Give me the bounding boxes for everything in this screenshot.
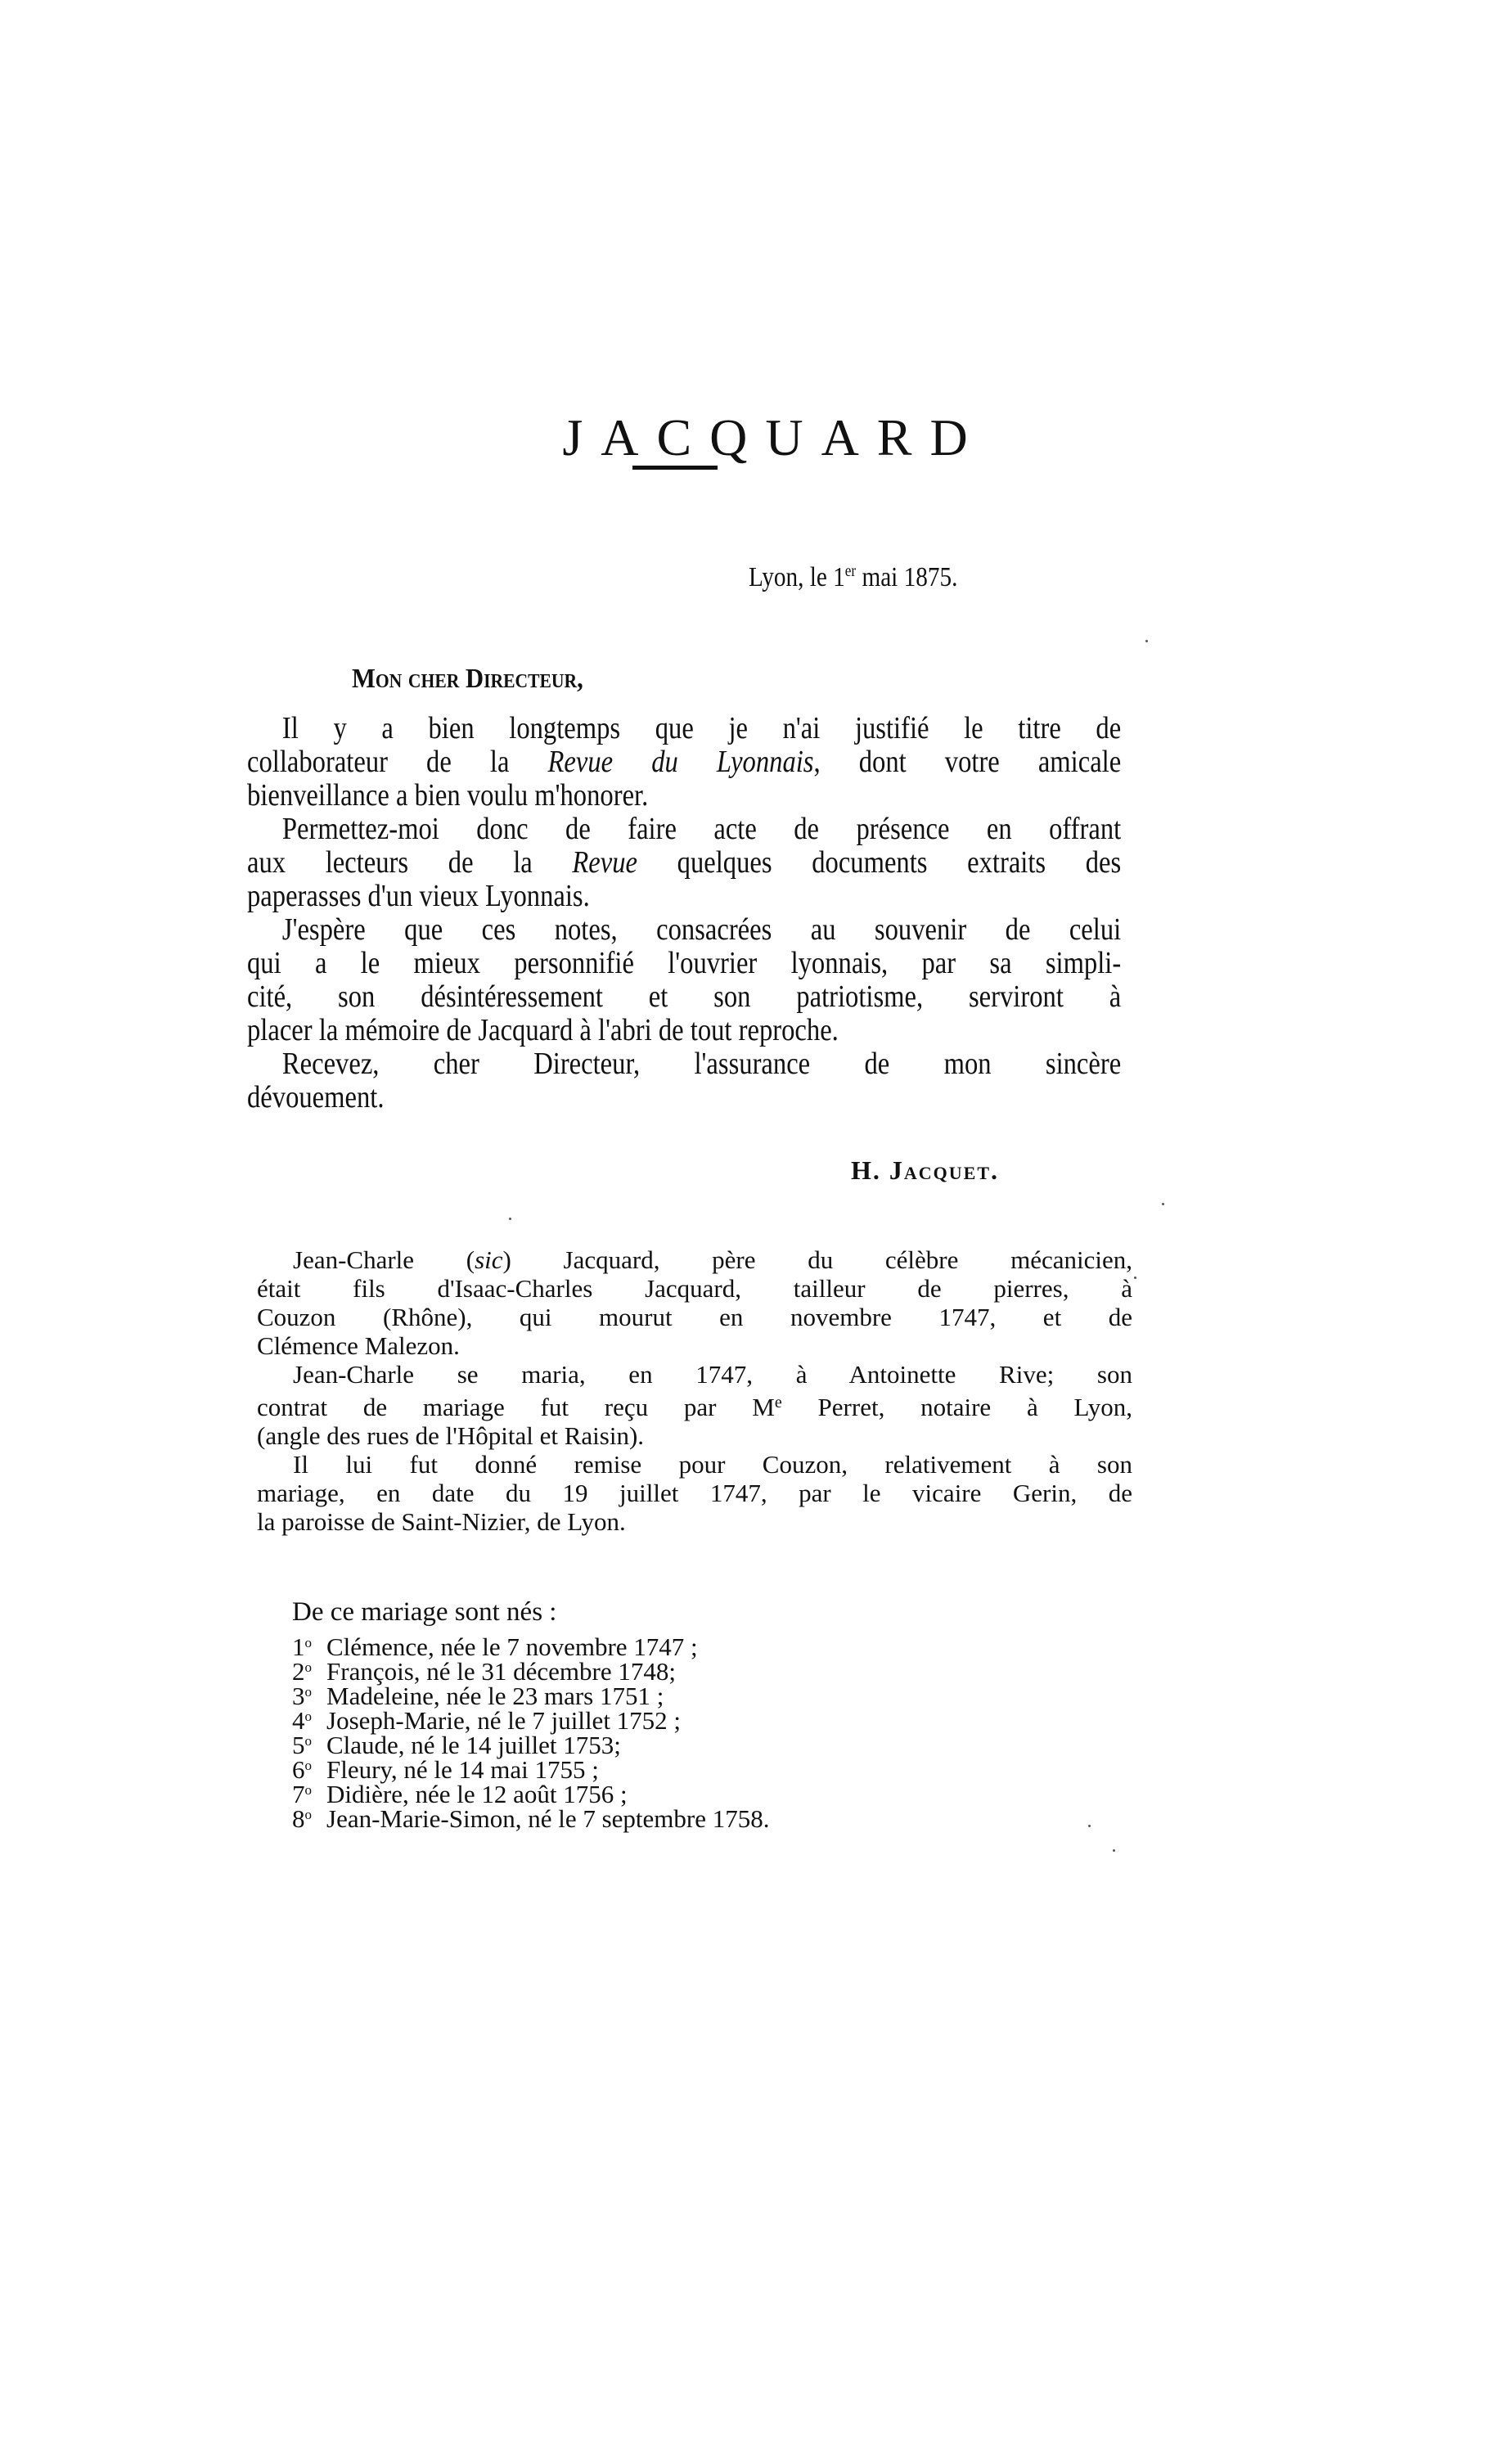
letter-line: Permettez-moi donc de faire acte de prés… xyxy=(247,813,1121,846)
signature: H. Jacquet. xyxy=(851,1154,999,1186)
notes-body: Jean-Charle (sic) Jacquard, père du célè… xyxy=(257,1245,1132,1536)
birth-list-item: 7oDidière, née le 12 août 1756 ; xyxy=(292,1778,770,1803)
scanned-page: JACQUARD Lyon, le 1er mai 1875. Mon cher… xyxy=(0,0,1512,2445)
births-intro: De ce mariage sont nés : xyxy=(292,1596,556,1628)
letter-line: J'espère que ces notes, consacrées au so… xyxy=(247,913,1121,947)
notes-line: était fils d'Isaac-Charles Jacquard, tai… xyxy=(257,1274,1132,1303)
dateline-superscript: er xyxy=(845,562,856,580)
letter-body: Il y a bien longtemps que je n'ai justif… xyxy=(247,712,1121,1114)
letter-line: placer la mémoire de Jacquard à l'abri d… xyxy=(247,1014,1121,1047)
notes-line: la paroisse de Saint-Nizier, de Lyon. xyxy=(257,1507,1132,1536)
scan-speck xyxy=(1134,1277,1136,1279)
letter-line: collaborateur de la Revue du Lyonnais, d… xyxy=(247,745,1121,779)
letter-line: paperasses d'un vieux Lyonnais. xyxy=(247,880,1121,913)
scan-speck xyxy=(1162,1203,1164,1205)
dateline-suffix: mai 1875. xyxy=(856,562,957,592)
scan-speck xyxy=(1145,640,1148,642)
notes-line: contrat de mariage fut reçu par Me Perre… xyxy=(257,1389,1132,1421)
notes-line: Couzon (Rhône), qui mourut en novembre 1… xyxy=(257,1303,1132,1331)
dateline-prefix: Lyon, le 1 xyxy=(749,562,845,592)
dateline: Lyon, le 1er mai 1875. xyxy=(749,553,957,596)
letter-line: aux lecteurs de la Revue quelques docume… xyxy=(247,846,1121,880)
letter-line: Recevez, cher Directeur, l'assurance de … xyxy=(247,1047,1121,1081)
letter-line: bienveillance a bien voulu m'honorer. xyxy=(247,779,1121,813)
birth-list-item: 8oJean-Marie-Simon, né le 7 septembre 17… xyxy=(292,1803,770,1827)
notes-line: Jean-Charle (sic) Jacquard, père du célè… xyxy=(257,1245,1132,1274)
page-title: JACQUARD xyxy=(0,405,1512,471)
letter-line: cité, son désintéressement et son patrio… xyxy=(247,980,1121,1014)
letter-line: Il y a bien longtemps que je n'ai justif… xyxy=(247,712,1121,745)
births-list: 1oClémence, née le 7 novembre 1747 ;2oFr… xyxy=(292,1631,770,1827)
birth-list-item: 3oMadeleine, née le 23 mars 1751 ; xyxy=(292,1680,770,1704)
notes-line: Clémence Malezon. xyxy=(257,1331,1132,1360)
notes-line: mariage, en date du 19 juillet 1747, par… xyxy=(257,1479,1132,1507)
notes-line: Il lui fut donné remise pour Couzon, rel… xyxy=(257,1450,1132,1479)
notes-line: Jean-Charle se maria, en 1747, à Antoine… xyxy=(257,1360,1132,1389)
birth-list-item: 2oFrançois, né le 31 décembre 1748; xyxy=(292,1655,770,1680)
title-rule-divider xyxy=(632,466,718,470)
scan-speck xyxy=(1088,1825,1091,1827)
birth-list-item: 5oClaude, né le 14 juillet 1753; xyxy=(292,1729,770,1754)
letter-line: dévouement. xyxy=(247,1081,1121,1114)
scan-speck xyxy=(1113,1849,1115,1852)
scan-speck xyxy=(509,1218,511,1220)
birth-list-item: 1oClémence, née le 7 novembre 1747 ; xyxy=(292,1631,770,1655)
salutation: Mon cher Directeur, xyxy=(352,661,583,697)
birth-text: Jean-Marie-Simon, né le 7 septembre 1758… xyxy=(326,1804,770,1833)
letter-line: qui a le mieux personnifié l'ouvrier lyo… xyxy=(247,947,1121,980)
birth-list-item: 4oJoseph-Marie, né le 7 juillet 1752 ; xyxy=(292,1704,770,1729)
notes-line: (angle des rues de l'Hôpital et Raisin). xyxy=(257,1421,1132,1450)
birth-ordinal: 8o xyxy=(292,1803,326,1831)
birth-list-item: 6oFleury, né le 14 mai 1755 ; xyxy=(292,1754,770,1778)
